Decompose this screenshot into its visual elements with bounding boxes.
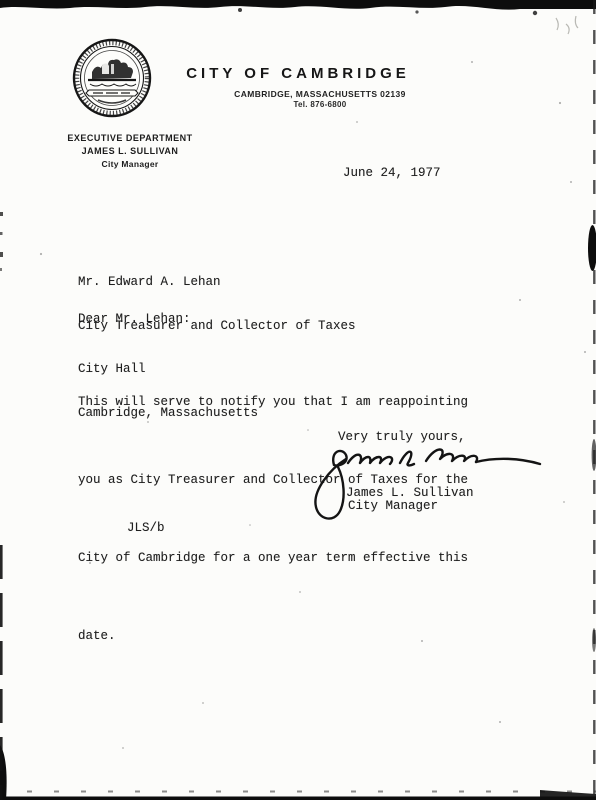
letterhead-address: CAMBRIDGE, MASSACHUSETTS 02139	[110, 89, 530, 99]
typist-reference: JLS/b	[127, 521, 165, 535]
letter-date: June 24, 1977	[343, 166, 441, 180]
body-line: date.	[78, 623, 468, 649]
closing-line: Very truly yours,	[338, 430, 466, 444]
letterhead-phone: Tel. 876-6800	[110, 100, 530, 109]
letterhead-title: CITY OF CAMBRIDGE	[0, 65, 596, 82]
body-line: City of Cambridge for a one year term ef…	[78, 545, 468, 571]
typed-signature-title: City Manager	[348, 499, 438, 513]
department-name: EXECUTIVE DEPARTMENT	[40, 132, 220, 145]
scanned-letter-page: CITY OF CAMBRIDGE CAMBRIDGE, MASSACHUSET…	[0, 0, 596, 800]
body-line: This will serve to notify you that I am …	[78, 389, 468, 415]
executive-department-block: EXECUTIVE DEPARTMENT JAMES L. SULLIVAN C…	[40, 132, 220, 170]
salutation: Dear Mr. Lehan:	[78, 312, 191, 326]
recipient-line: Mr. Edward A. Lehan	[78, 275, 356, 290]
typed-signature-name: James L. Sullivan	[346, 486, 474, 500]
manager-title: City Manager	[40, 158, 220, 170]
manager-name: JAMES L. SULLIVAN	[40, 145, 220, 158]
